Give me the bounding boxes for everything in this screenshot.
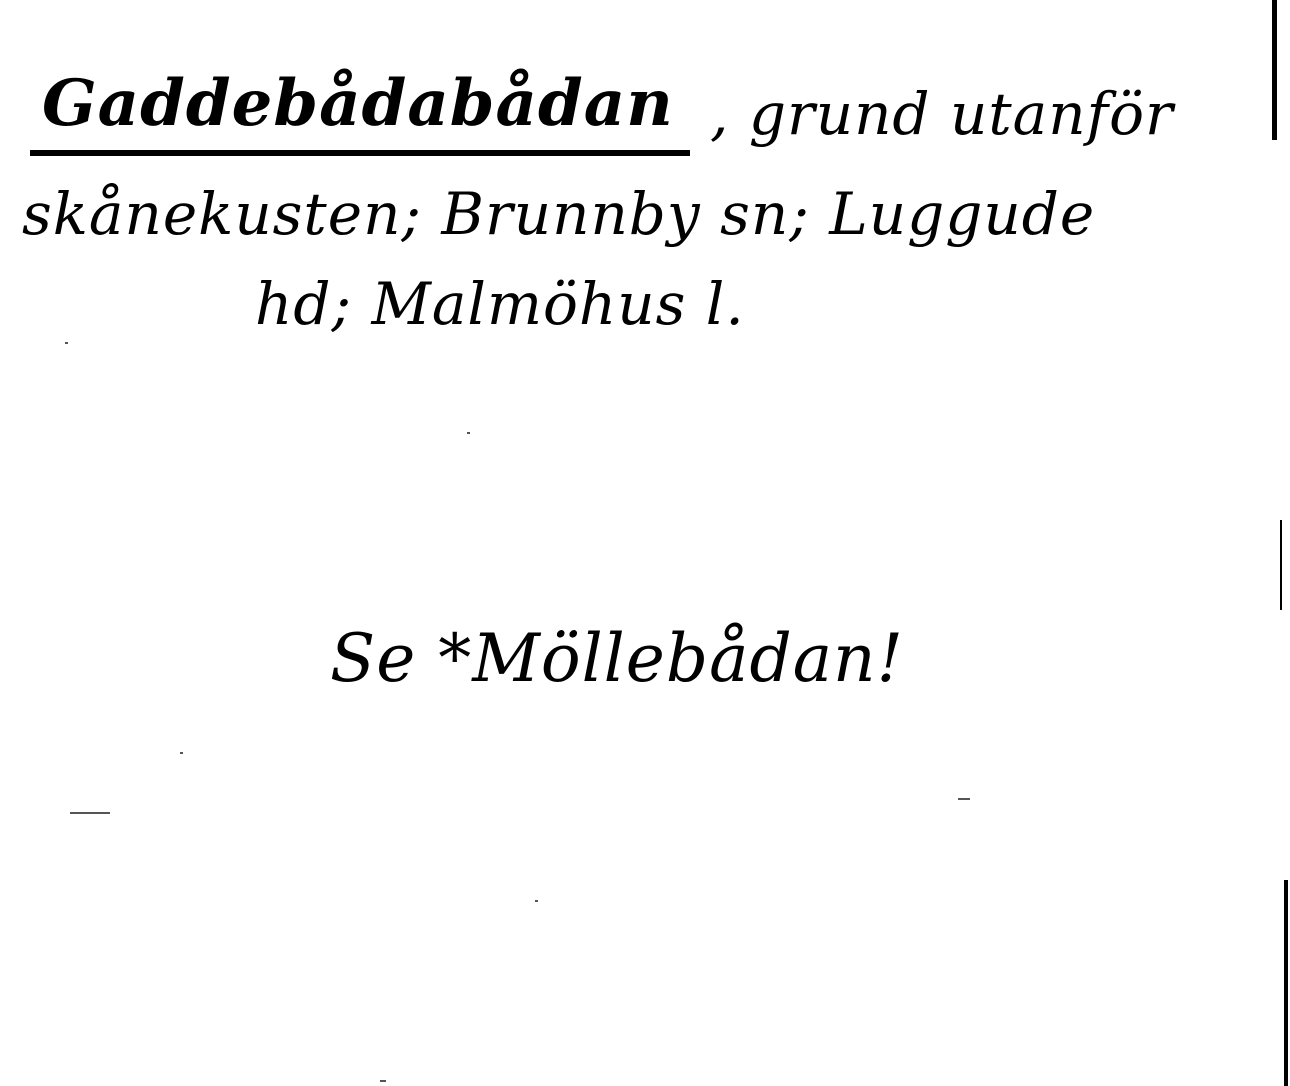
scan-edge-mark — [1280, 520, 1282, 610]
scan-speck — [180, 752, 183, 754]
description-line-1: , grund utanför — [710, 80, 1174, 148]
scan-speck — [70, 812, 110, 814]
description-line-3: hd; Malmöhus l. — [255, 270, 745, 338]
scan-speck — [380, 1080, 386, 1082]
scan-speck — [467, 432, 470, 434]
scan-speck — [535, 900, 538, 902]
scan-edge-mark — [1272, 0, 1277, 140]
scan-speck — [958, 798, 970, 800]
index-card: Gaddebådabådan , grund utanför skånekust… — [0, 0, 1290, 1086]
headword: Gaddebådabådan — [42, 66, 674, 141]
headword-underline — [30, 150, 690, 156]
description-line-2: skånekusten; Brunnby sn; Luggude — [22, 180, 1095, 248]
scan-speck — [65, 342, 68, 344]
scan-edge-mark — [1284, 880, 1288, 1086]
cross-reference: Se *Möllebådan! — [330, 620, 904, 697]
